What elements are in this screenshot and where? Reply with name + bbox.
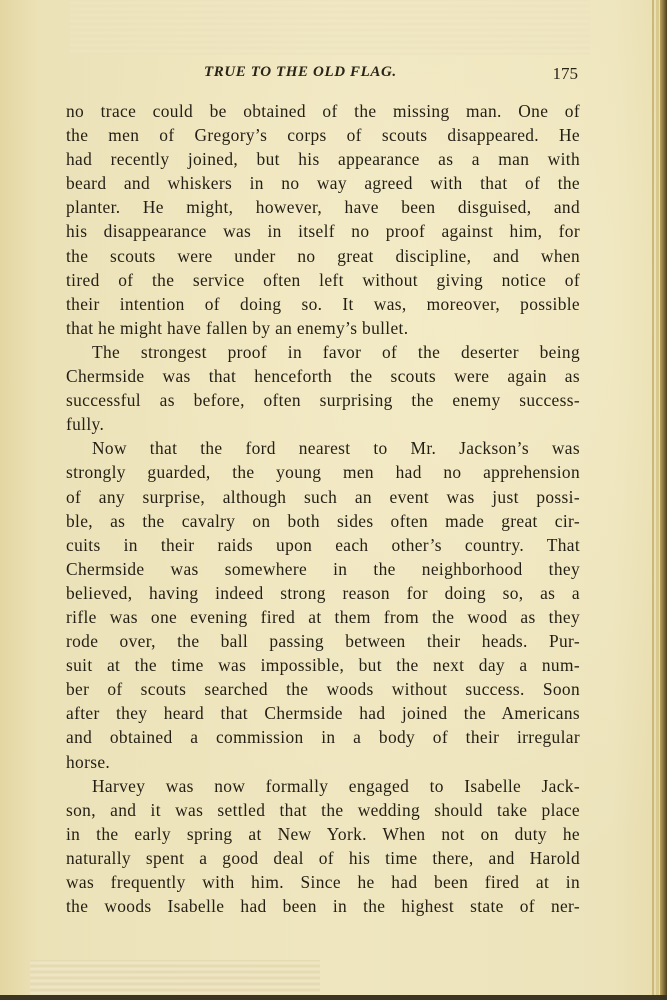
scan-artifact-bottom xyxy=(30,960,320,996)
paragraph-end-line: horse. xyxy=(66,750,580,774)
text-line: suit at the time was impossible, but the… xyxy=(66,653,580,677)
page-edge-line xyxy=(656,0,659,1000)
text-line: cuits in their raids upon each other’s c… xyxy=(66,533,580,557)
text-line: strongly guarded, the young men had no a… xyxy=(66,460,580,484)
running-title: TRUE TO THE OLD FLAG. xyxy=(204,64,397,81)
paragraph-start-line: Now that the ford nearest to Mr. Jackson… xyxy=(66,436,580,460)
text-line: tired of the service often left without … xyxy=(66,268,580,292)
text-line: the men of Gregory’s corps of scouts dis… xyxy=(66,123,580,147)
text-line: rode over, the ball passing between thei… xyxy=(66,629,580,653)
text-line: Chermside was somewhere in the neighborh… xyxy=(66,557,580,581)
text-line: and obtained a commission in a body of t… xyxy=(66,725,580,749)
paragraph-end-line: fully. xyxy=(66,412,580,436)
text-line: was frequently with him. Since he had be… xyxy=(66,870,580,894)
text-line: son, and it was settled that the wedding… xyxy=(66,798,580,822)
book-spine-edge xyxy=(660,0,667,1000)
paragraph-end-line: that he might have fallen by an enemy’s … xyxy=(66,316,580,340)
body-text: no trace could be obtained of the missin… xyxy=(66,99,580,918)
text-line: successful as before, often surprising t… xyxy=(66,388,580,412)
paragraph-start-line: The strongest proof in favor of the dese… xyxy=(66,340,580,364)
text-line: after they heard that Chermside had join… xyxy=(66,701,580,725)
text-line: their intention of doing so. It was, mor… xyxy=(66,292,580,316)
running-head: TRUE TO THE OLD FLAG. 175 xyxy=(66,64,578,88)
text-line: the woods Isabelle had been in the highe… xyxy=(66,894,580,918)
text-line: his disappearance was in itself no proof… xyxy=(66,219,580,243)
text-line: ber of scouts searched the woods without… xyxy=(66,677,580,701)
text-line: believed, having indeed strong reason fo… xyxy=(66,581,580,605)
page-number: 175 xyxy=(553,64,579,84)
text-line: no trace could be obtained of the missin… xyxy=(66,99,580,123)
text-line: planter. He might, however, have been di… xyxy=(66,195,580,219)
text-line: naturally spent a good deal of his time … xyxy=(66,846,580,870)
book-bottom-edge xyxy=(0,995,667,1000)
text-line: the scouts were under no great disciplin… xyxy=(66,244,580,268)
book-page: TRUE TO THE OLD FLAG. 175 no trace could… xyxy=(0,0,667,1000)
text-line: rifle was one evening fired at them from… xyxy=(66,605,580,629)
text-line: Chermside was that henceforth the scouts… xyxy=(66,364,580,388)
text-line: beard and whiskers in no way agreed with… xyxy=(66,171,580,195)
paragraph-start-line: Harvey was now formally engaged to Isabe… xyxy=(66,774,580,798)
text-line: had recently joined, but his appearance … xyxy=(66,147,580,171)
page-edge-line xyxy=(652,0,654,1000)
text-line: in the early spring at New York. When no… xyxy=(66,822,580,846)
text-line: ble, as the cavalry on both sides often … xyxy=(66,509,580,533)
text-line: of any surprise, although such an event … xyxy=(66,485,580,509)
scan-artifact-top xyxy=(70,0,590,55)
